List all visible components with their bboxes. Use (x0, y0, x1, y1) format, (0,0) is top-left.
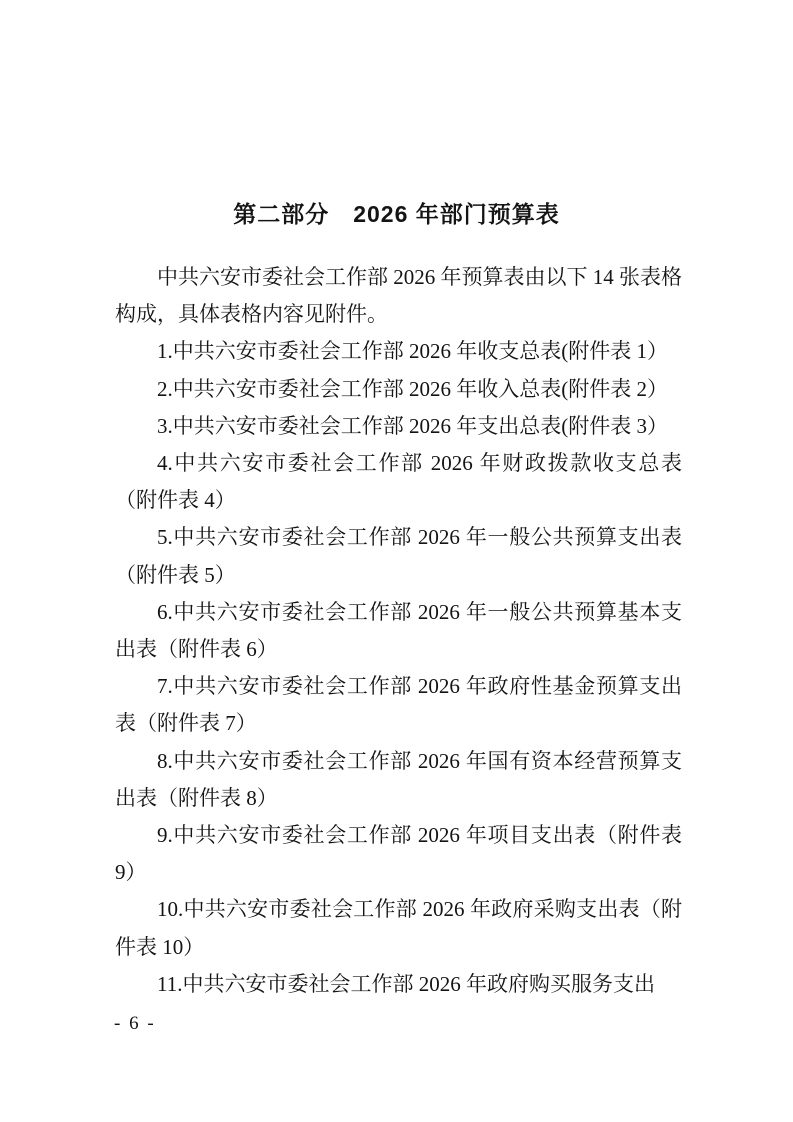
list-item: 4.中共六安市委社会工作部 2026 年财政拨款收支总表（附件表 4） (115, 445, 682, 519)
intro-paragraph: 中共六安市委社会工作部 2026 年预算表由以下 14 张表格构成，具体表格内容… (115, 259, 682, 333)
list-item: 1.中共六安市委社会工作部 2026 年收支总表(附件表 1） (115, 333, 682, 370)
document-page: 第二部分 2026 年部门预算表 中共六安市委社会工作部 2026 年预算表由以… (0, 0, 793, 1122)
list-item: 3.中共六安市委社会工作部 2026 年支出总表(附件表 3） (115, 408, 682, 445)
list-item: 8.中共六安市委社会工作部 2026 年国有资本经营预算支出表（附件表 8） (115, 743, 682, 817)
list-item: 5.中共六安市委社会工作部 2026 年一般公共预算支出表（附件表 5） (115, 519, 682, 593)
list-item: 11.中共六安市委社会工作部 2026 年政府购买服务支出 (115, 966, 682, 1003)
list-item: 9.中共六安市委社会工作部 2026 年项目支出表（附件表 9） (115, 817, 682, 891)
document-body: 中共六安市委社会工作部 2026 年预算表由以下 14 张表格构成，具体表格内容… (115, 259, 682, 1003)
list-item: 10.中共六安市委社会工作部 2026 年政府采购支出表（附件表 10） (115, 891, 682, 965)
list-item: 6.中共六安市委社会工作部 2026 年一般公共预算基本支出表（附件表 6） (115, 594, 682, 668)
page-title: 第二部分 2026 年部门预算表 (0, 196, 793, 229)
list-item: 7.中共六安市委社会工作部 2026 年政府性基金预算支出表（附件表 7） (115, 668, 682, 742)
list-item: 2.中共六安市委社会工作部 2026 年收入总表(附件表 2） (115, 371, 682, 408)
page-number: - 6 - (114, 1013, 156, 1035)
